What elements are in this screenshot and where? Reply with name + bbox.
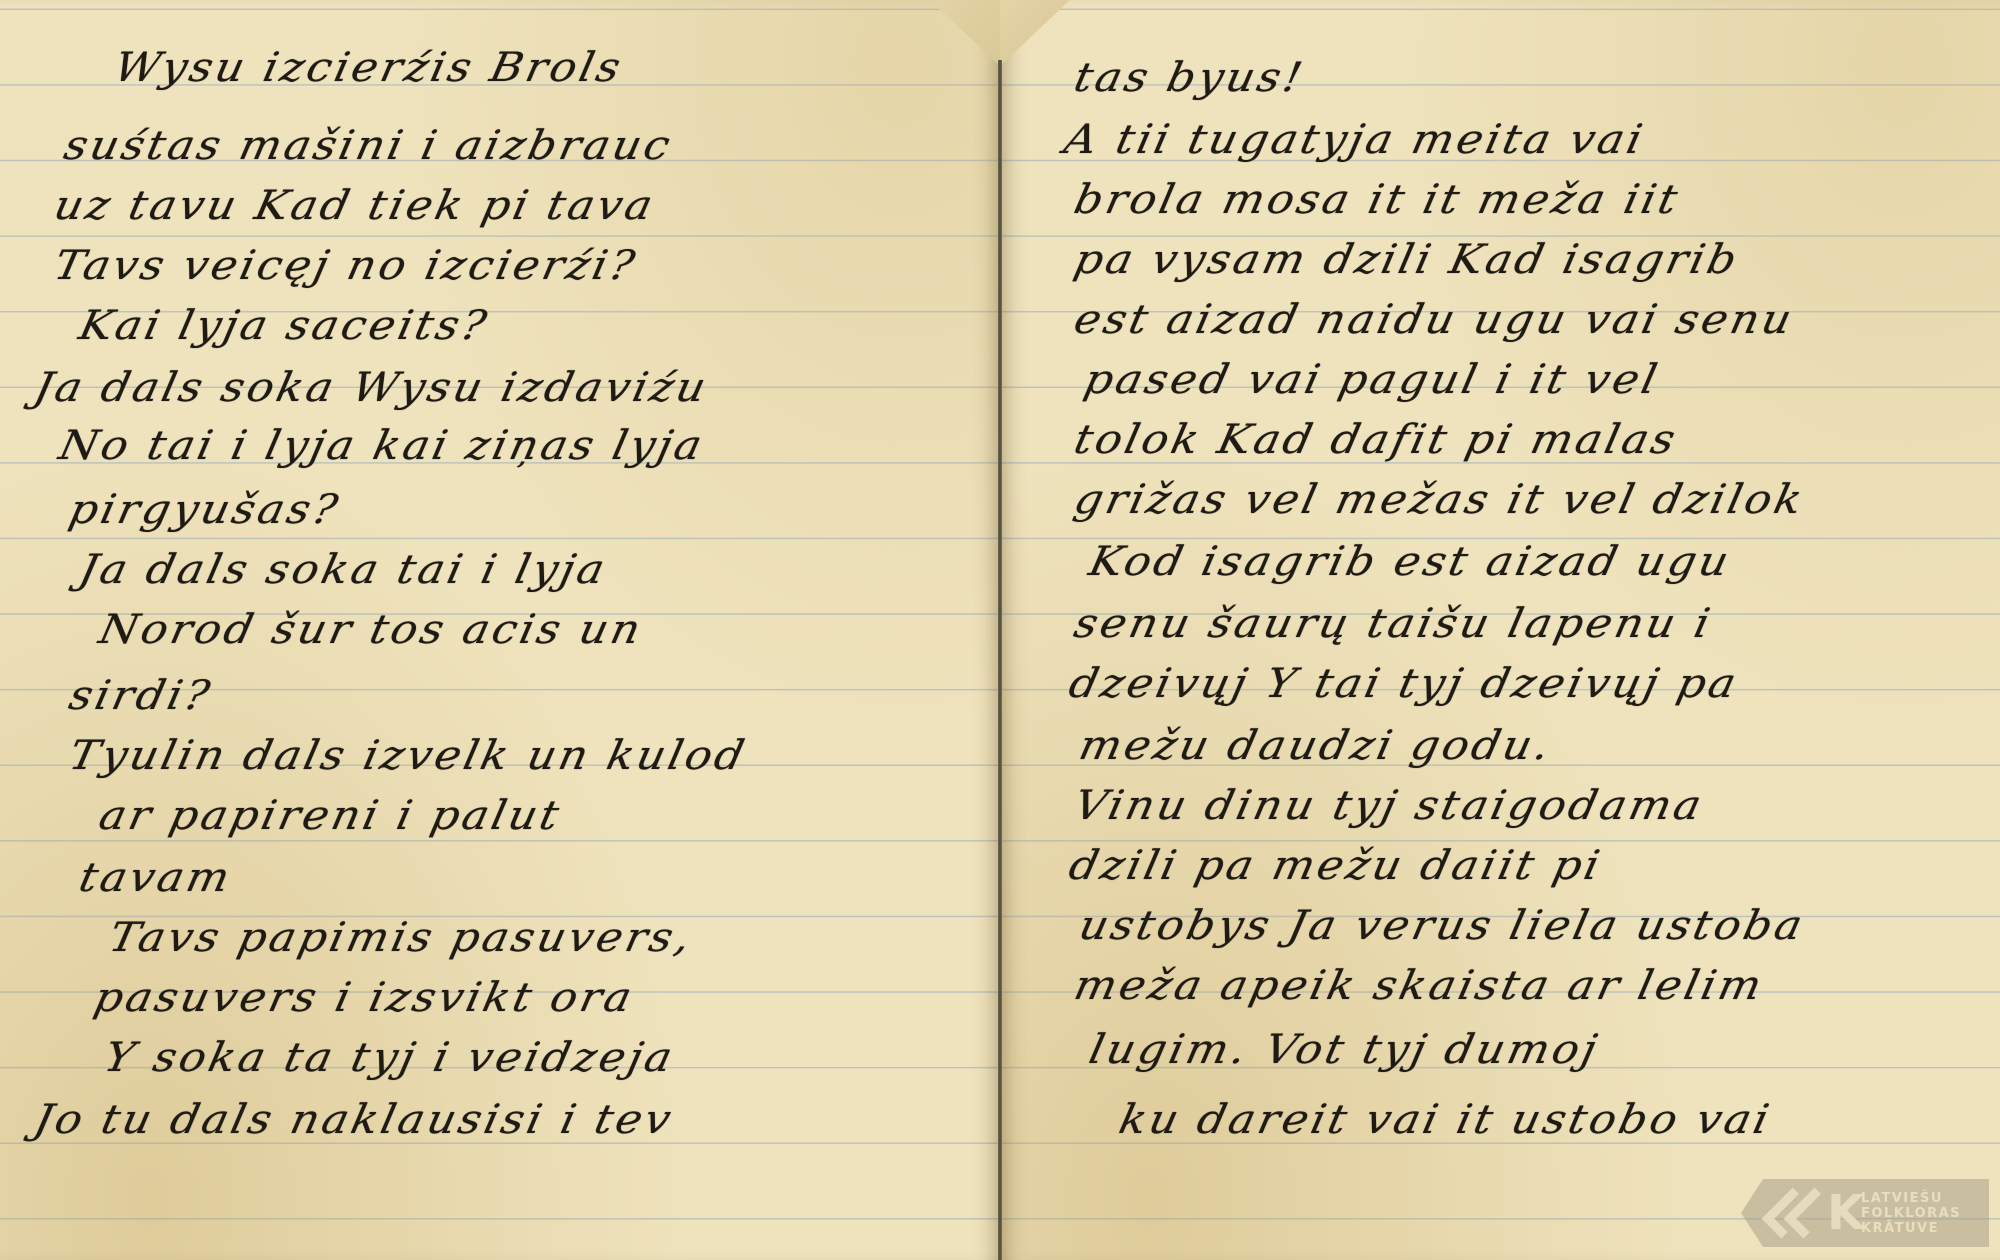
handwritten-line: Kod isagrib est aizad ugu (1085, 538, 1736, 585)
handwritten-line: meža apeik skaista ar lelim (1070, 962, 1769, 1009)
notebook-spread: Wysu izcierźis Brolssuśtas mašini i aizb… (0, 0, 2000, 1260)
handwritten-line: Norod šur tos acis un (95, 606, 648, 653)
handwritten-line: grižas vel mežas it vel dzilok (1070, 476, 1809, 523)
handwritten-line: Kai lyja saceits? (75, 302, 493, 349)
handwritten-line: mežu daudzi godu. (1075, 722, 1557, 769)
handwritten-line: pirgyušas? (65, 486, 345, 533)
handwritten-line: Y soka ta tyj i veidzeja (100, 1034, 679, 1081)
handwritten-line: lugim. Vot tyj dumoj (1085, 1026, 1604, 1073)
notebook-spine (998, 60, 1002, 1260)
handwritten-line: tas byus! (1070, 54, 1309, 101)
handwritten-line: pasuvers i izsvikt ora (90, 974, 639, 1021)
handwritten-line: tolok Kad dafit pi malas (1070, 416, 1682, 463)
handwritten-line: dzeivųj Y tai tyj dzeivųj pa (1065, 660, 1743, 707)
handwritten-line: sirdi? (65, 672, 216, 719)
right-page: tas byus!A tii tugatyja meita vaibrola m… (1000, 0, 2000, 1260)
handwritten-line: No tai i lyja kai ziņas lyja (55, 422, 709, 469)
handwritten-line: brola mosa it it meža iit (1070, 176, 1684, 223)
watermark-line-1: LATVIEŠU (1861, 1191, 1961, 1206)
handwritten-line: Ja dals soka tai i lyja (75, 546, 612, 593)
handwritten-line: dzili pa mežu daiit pi (1065, 842, 1607, 889)
handwritten-line: senu šaurų taišu lapenu i (1070, 600, 1717, 647)
handwritten-line: pa vysam dzili Kad isagrib (1070, 236, 1744, 283)
lfk-logo-icon: K (1755, 1185, 1855, 1241)
archive-watermark: K LATVIEŠU FOLKLORAS KRĀTUVE (1741, 1179, 1989, 1247)
handwritten-line: est aizad naidu ugu vai senu (1070, 296, 1799, 343)
handwritten-line: Tavs papimis pasuvers, (105, 914, 697, 961)
handwritten-line: Wysu izcierźis Brols (110, 44, 627, 91)
logo-letter: K (1827, 1187, 1864, 1239)
handwritten-line: pased vai pagul i it vel (1080, 356, 1664, 403)
handwritten-line: tavam (75, 854, 237, 901)
handwritten-line: suśtas mašini i aizbrauc (60, 122, 677, 169)
handwritten-line: ar papireni i palut (95, 792, 566, 839)
handwritten-line: uz tavu Kad tiek pi tava (50, 182, 660, 229)
left-page: Wysu izcierźis Brolssuśtas mašini i aizb… (0, 0, 1000, 1260)
handwritten-line: Tavs veicęj no izcierźi? (50, 242, 642, 289)
handwritten-line: Vinu dinu tyj staigodama (1070, 782, 1708, 829)
handwritten-line: Ja dals soka Wysu izdaviźu (30, 364, 713, 411)
watermark-text: LATVIEŠU FOLKLORAS KRĀTUVE (1861, 1191, 1961, 1236)
handwritten-line: Jo tu dals naklausisi i tev (30, 1096, 678, 1143)
watermark-line-3: KRĀTUVE (1861, 1221, 1961, 1236)
handwritten-line: A tii tugatyja meita vai (1060, 116, 1649, 163)
handwritten-line: Tyulin dals izvelk un kulod (65, 732, 751, 779)
handwritten-line: ustobys Ja verus liela ustoba (1075, 902, 1809, 949)
handwritten-line: ku dareit vai it ustobo vai (1115, 1096, 1776, 1143)
watermark-line-2: FOLKLORAS (1861, 1206, 1961, 1221)
